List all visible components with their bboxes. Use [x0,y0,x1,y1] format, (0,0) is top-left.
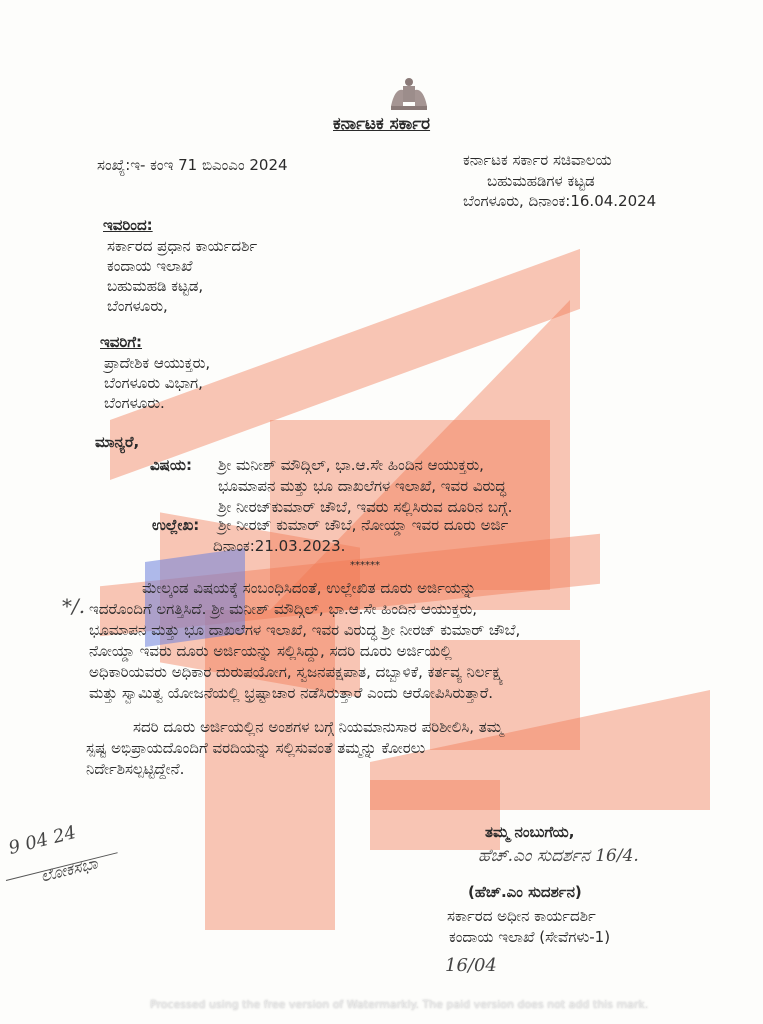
to-label: ಇವರಿಗೆ: [100,332,142,352]
office-line-1: ಕರ್ನಾಟಕ ಸರ್ಕಾರ ಸಚಿವಾಲಯ [463,150,612,170]
handwritten-signature: ಹೆಚ್.ಎಂ ಸುದರ್ಶನ 16/4. [478,846,639,866]
reference-line-2: ದಿನಾಂಕ:21.03.2023. [213,536,345,556]
paragraph1-line-2: ಇದರೊಂದಿಗೆ ಲಗತ್ತಿಸಿದೆ. ಶ್ರೀ ಮನೀಶ್ ಮೌದ್ಗಿಲ… [89,599,477,619]
to-line-3: ಬೆಂಗಳೂರು. [104,393,165,413]
paragraph1-line-3: ಭೂಮಾಪನ ಮತ್ತು ಭೂ ದಾಖಲೆಗಳ ಇಲಾಖೆ, ಇವರ ವಿರುದ… [89,620,520,640]
subject-line-3: ಶ್ರೀ ನೀರಜ್‌ಕುಮಾರ್ ಚೌಬೆ, ಇವರು ಸಲ್ಲಿಸಿರುವ … [218,497,512,517]
to-line-1: ಪ್ರಾದೇಶಿಕ ಆಯುಕ್ತರು, [104,353,210,373]
office-line-2: ಬಹುಮಹಡಿಗಳ ಕಟ್ಟಡ [487,171,595,191]
reference-label: ಉಲ್ಲೇಖ: [152,515,199,535]
reference-number: ಸಂಖ್ಯೆ:ಇ- ಕಂಇ 71 ಬಿಎಂಎಂ 2024 [97,155,288,175]
from-line-1: ಸರ್ಕಾರದ ಪ್ರಧಾನ ಕಾರ್ಯದರ್ಶಿ [107,236,257,256]
signatory-name: (ಹೆಚ್.ಎಂ ಸುದರ್ಶನ) [468,882,582,902]
from-line-3: ಬಹುಮಹಡಿ ಕಟ್ಟಡ, [107,276,203,296]
letter-page: ಕರ್ನಾಟಕ ಸರ್ಕಾರ ಸಂಖ್ಯೆ:ಇ- ಕಂಇ 71 ಬಿಎಂಎಂ 2… [0,0,763,1024]
paragraph2-line-2: ಸ್ಪಷ್ಟ ಅಭಿಪ್ರಾಯದೊಂದಿಗೆ ವರದಿಯನ್ನು ಸಲ್ಲಿಸು… [86,738,425,758]
watermark-block-6 [370,780,500,850]
paragraph1-line-1: ಮೇಲ್ಕಂಡ ವಿಷಯಕ್ಕೆ ಸಂಬಂಧಿಸಿದಂತೆ, ಉಲ್ಲೇಖಿತ … [142,578,476,598]
paragraph1-line-4: ನೋಯ್ಡಾ ಇವರು ದೂರು ಅರ್ಜಿಯನ್ನು ಸಲ್ಲಿಸಿದ್ದು,… [89,641,452,661]
handwritten-note-text: ಲೋಕಸಭಾ [38,853,99,886]
designation-line-2: ಕಂದಾಯ ಇಲಾಖೆ (ಸೇವೆಗಳು-1) [449,927,610,947]
handwritten-date: 16/04 [445,955,497,976]
designation-line-1: ಸರ್ಕಾರದ ಅಧೀನ ಕಾರ್ಯದರ್ಶಿ [447,906,596,926]
reference-line-1: ಶ್ರೀ ನೀರಜ್ ಕುಮಾರ್ ಚೌಬೆ, ನೋಯ್ಡಾ ಇವರ ದೂರು … [218,515,508,535]
subject-line-2: ಭೂಮಾಪನ ಮತ್ತು ಭೂ ದಾಖಲೆಗಳ ಇಲಾಖೆ, ಇವರ ವಿರುದ… [218,476,506,496]
paragraph1-line-6: ಮತ್ತು ಸ್ವಾಮಿತ್ವ ಯೋಜನೆಯಲ್ಲಿ ಭ್ರಷ್ಟಾಚಾರ ನಡ… [89,683,493,703]
from-line-2: ಕಂದಾಯ ಇಲಾಖೆ [107,256,193,276]
footer-watermark-text: Processed using the free version of Wate… [150,998,648,1011]
closing: ತಮ್ಮ ನಂಬುಗೆಯ, [485,822,574,842]
karnataka-emblem-icon [385,76,433,114]
paragraph1-line-5: ಅಧಿಕಾರಿಯವರು ಅಧಿಕಾರ ದುರುಪಯೋಗ, ಸ್ವಜನಪಕ್ಷಪಾ… [89,662,503,682]
to-line-2: ಬೆಂಗಳೂರು ವಿಭಾಗ, [104,373,203,393]
handwritten-note-date: 9 04 24 [6,822,78,859]
from-line-4: ಬೆಂಗಳೂರು, [107,296,168,316]
document-title: ಕರ್ನಾಟಕ ಸರ್ಕಾರ [333,114,430,134]
office-date: ಬೆಂಗಳೂರು, ದಿನಾಂಕ:16.04.2024 [463,191,656,211]
margin-mark: */. [62,594,85,618]
separator: ****** [350,556,380,576]
salutation: ಮಾನ್ಯರೆ, [95,432,139,452]
subject-label: ವಿಷಯ: [150,455,192,475]
from-label: ಇವರಿಂದ: [103,215,153,235]
paragraph2-line-3: ನಿರ್ದೇಶಿಸಲ್ಪಟ್ಟಿದ್ದೇನೆ. [86,759,184,779]
paragraph2-line-1: ಸದರಿ ದೂರು ಅರ್ಜಿಯಲ್ಲಿನ ಅಂಶಗಳ ಬಗ್ಗೆ ನಿಯಮಾನ… [133,717,503,737]
subject-line-1: ಶ್ರೀ ಮನೀಶ್ ಮೌದ್ಗಿಲ್, ಭಾ.ಆ.ಸೇ ಹಿಂದಿನ ಆಯುಕ… [218,455,484,475]
